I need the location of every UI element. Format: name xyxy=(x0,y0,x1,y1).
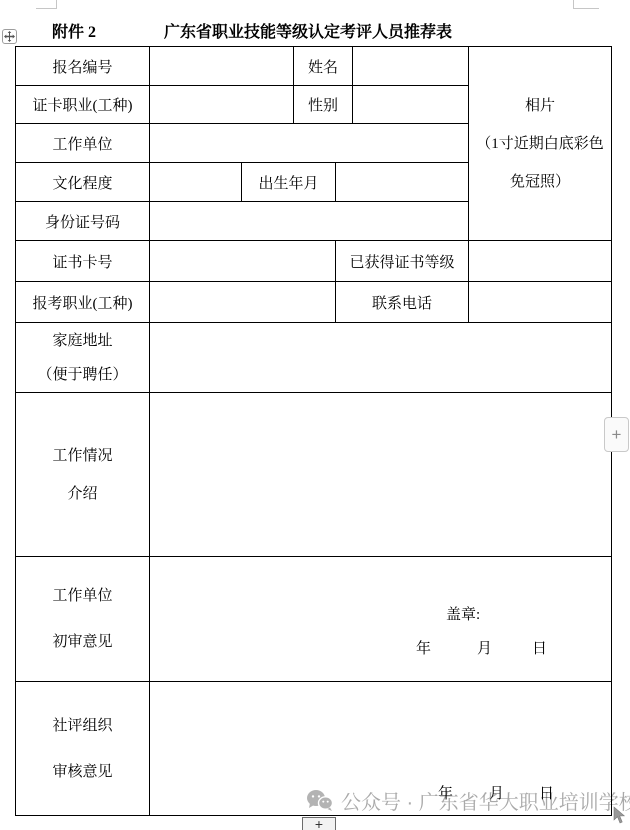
table-row: 工作情况 介绍 xyxy=(16,393,612,557)
birth-date-label: 出生年月 xyxy=(242,163,336,202)
margin-corner-mark-left xyxy=(36,0,57,9)
cert-level-value-cell[interactable] xyxy=(469,241,612,282)
cert-card-number-value-cell[interactable] xyxy=(150,241,336,282)
home-address-label: 家庭地址 （便于聘任） xyxy=(16,323,150,393)
org-review-label: 社评组织 审核意见 xyxy=(16,682,150,816)
apply-occupation-value-cell[interactable] xyxy=(150,282,336,323)
table-row: 工作单位 初审意见 盖章: 年月日 xyxy=(16,557,612,682)
cert-level-label: 已获得证书等级 xyxy=(336,241,469,282)
recommendation-form-table: 报名编号 姓名 相片 （1寸近期白底彩色 免冠照） 证卡职业(工种) 性别 工作… xyxy=(15,46,612,816)
gender-value-cell[interactable] xyxy=(353,86,469,124)
margin-corner-mark-right xyxy=(573,0,599,9)
photo-spec-line1: （1寸近期白底彩色 xyxy=(469,125,611,163)
document-title-line: 附件 2 广东省职业技能等级认定考评人员推荐表 xyxy=(52,19,452,42)
work-situation-value-cell[interactable] xyxy=(150,393,612,557)
document-page: 公众号 · 广东省华大职业培训学校 附件 2 广东省职业技能等级认定考评人员推荐… xyxy=(0,0,630,830)
name-value-cell[interactable] xyxy=(353,47,469,86)
expand-button-right[interactable]: + xyxy=(604,417,629,452)
gender-label: 性别 xyxy=(294,86,353,124)
unit-review-label: 工作单位 初审意见 xyxy=(16,557,150,682)
card-occupation-label: 证卡职业(工种) xyxy=(16,86,150,124)
move-arrows-icon xyxy=(4,31,15,42)
apply-occupation-label: 报考职业(工种) xyxy=(16,282,150,323)
table-row: 报考职业(工种) 联系电话 xyxy=(16,282,612,323)
table-move-handle[interactable] xyxy=(2,29,17,44)
table-row: 证书卡号 已获得证书等级 xyxy=(16,241,612,282)
photo-cell[interactable]: 相片 （1寸近期白底彩色 免冠照） xyxy=(469,47,612,241)
table-row: 报名编号 姓名 相片 （1寸近期白底彩色 免冠照） xyxy=(16,47,612,86)
org-review-value-cell[interactable]: 年月日 xyxy=(150,682,612,816)
phone-value-cell[interactable] xyxy=(469,282,612,323)
id-number-value-cell[interactable] xyxy=(150,202,469,241)
phone-label: 联系电话 xyxy=(336,282,469,323)
unit-review-value-cell[interactable]: 盖章: 年月日 xyxy=(150,557,612,682)
birth-date-value-cell[interactable] xyxy=(336,163,469,202)
work-situation-label: 工作情况 介绍 xyxy=(16,393,150,557)
table-row: 社评组织 审核意见 年月日 xyxy=(16,682,612,816)
attachment-number: 附件 2 xyxy=(52,24,96,41)
education-label: 文化程度 xyxy=(16,163,150,202)
work-unit-value-cell[interactable] xyxy=(150,124,469,163)
date-line-unit-review: 年月日 xyxy=(416,637,547,658)
id-number-label: 身份证号码 xyxy=(16,202,150,241)
photo-spec-line2: 免冠照） xyxy=(469,163,611,201)
name-label: 姓名 xyxy=(294,47,353,86)
work-unit-label: 工作单位 xyxy=(16,124,150,163)
page-title: 广东省职业技能等级认定考评人员推荐表 xyxy=(164,24,452,41)
card-occupation-value-cell[interactable] xyxy=(150,86,294,124)
insert-button-bottom[interactable]: + xyxy=(302,817,336,830)
reg-number-label: 报名编号 xyxy=(16,47,150,86)
education-value-cell[interactable] xyxy=(150,163,242,202)
seal-label: 盖章: xyxy=(446,603,480,624)
date-line-org-review: 年月日 xyxy=(438,782,554,803)
home-address-value-cell[interactable] xyxy=(150,323,612,393)
cert-card-number-label: 证书卡号 xyxy=(16,241,150,282)
reg-number-value-cell[interactable] xyxy=(150,47,294,86)
photo-title: 相片 xyxy=(469,87,611,125)
table-row: 家庭地址 （便于聘任） xyxy=(16,323,612,393)
mouse-cursor-icon xyxy=(611,806,627,830)
